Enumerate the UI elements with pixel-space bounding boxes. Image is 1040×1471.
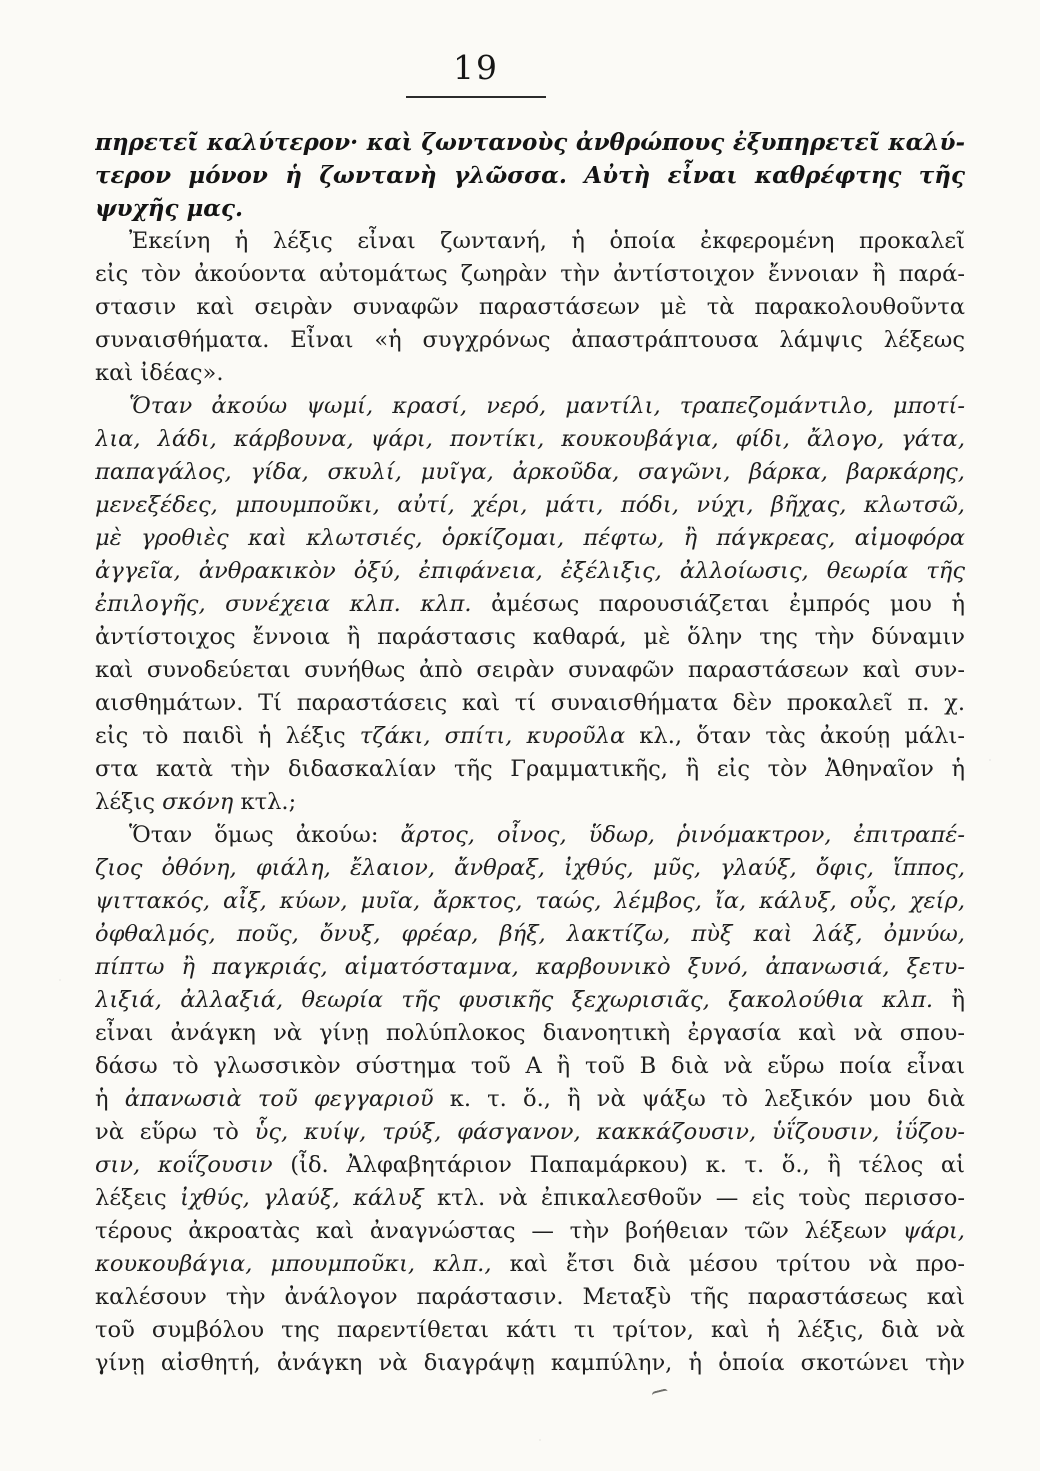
text-segment: ἀμέσως παρουσιάζεται ἐμπρός μου ἡ: [472, 591, 965, 617]
text-line: λέξις σκόνη κτλ.;: [95, 786, 965, 819]
text-line: ἐπιλογῆς, συνέχεια κλπ. κλπ. ἀμέσως παρο…: [95, 588, 965, 621]
text-segment: ἢ: [933, 987, 965, 1013]
italic-text-segment: πηρετεῖ καλύτερον· καὶ ζωντανοὺς ἀνθρώπο…: [95, 129, 965, 156]
text-segment: τέρους ἀκροατὰς καὶ ἀναγνώστας — τὴν βοή…: [95, 1218, 903, 1244]
italic-text-segment: ὗς, κυίψ, τρύξ, φάσγανον, κακκάζουσιν, ὑ…: [255, 1119, 965, 1145]
text-segment: λέξεις: [95, 1185, 180, 1211]
italic-text-segment: παπαγάλος, γίδα, σκυλί, μυῖγα, ἀρκοῦδα, …: [95, 459, 965, 485]
italic-text-segment: σκόνη: [162, 789, 233, 815]
italic-text-segment: ψάρι,: [903, 1218, 965, 1244]
text-segment: λέξις: [95, 789, 162, 815]
text-line: δάσω τὸ γλωσσικὸν σύστημα τοῦ Α ἢ τοῦ Β …: [95, 1050, 965, 1083]
text-segment: εἰς τὸ παιδὶ ἡ λέξις: [95, 723, 360, 749]
text-segment: (ἶδ. Ἀλφαβητάριον Παπαμάρκου) κ. τ. ὅ., …: [273, 1152, 965, 1178]
text-line: συναισθήματα. Εἶναι «ἡ συγχρόνως ἀπαστρά…: [95, 324, 965, 357]
text-line: στα κατὰ τὴν διδασκαλίαν τῆς Γραμματικῆς…: [95, 753, 965, 786]
page-text: πηρετεῖ καλύτερον· καὶ ζωντανοὺς ἀνθρώπο…: [95, 126, 965, 1380]
text-line: καὶ ἰδέας».: [95, 357, 965, 390]
text-segment: κτλ. νὰ ἐπικαλεσθοῦν — εἰς τοὺς περισσο-: [424, 1185, 965, 1211]
text-segment: κ. τ. ὅ., ἢ νὰ ψάξω τὸ λεξικόν μου διὰ: [434, 1086, 965, 1112]
italic-text-segment: ἰχθύς, γλαύξ, κάλυξ: [180, 1185, 424, 1211]
italic-text-segment: πίπτω ἢ παγκριάς, αἱματόσταμνα, καρβουνι…: [95, 954, 965, 980]
text-segment: καὶ ἰδέας».: [95, 360, 224, 386]
italic-text-segment: λιξιά, ἀλλαξιά, θεωρία τῆς φυσικῆς ξεχωρ…: [95, 987, 933, 1013]
text-line: τέρους ἀκροατὰς καὶ ἀναγνώστας — τὴν βοή…: [95, 1215, 965, 1248]
paragraph: Ἐκείνη ἡ λέξις εἶναι ζωντανή, ἡ ὁποία ἐκ…: [95, 225, 965, 390]
italic-text-segment: σιν, κοΐζουσιν: [95, 1152, 273, 1178]
text-line: ἀγγεῖα, ἀνθρακικὸν ὀξύ, ἐπιφάνεια, ἐξέλι…: [95, 555, 965, 588]
paragraph: πηρετεῖ καλύτερον· καὶ ζωντανοὺς ἀνθρώπο…: [95, 126, 965, 225]
text-line: στασιν καὶ σειρὰν συναφῶν παραστάσεων μὲ…: [95, 291, 965, 324]
text-line: κουκουβάγια, μπουμποῦκι, κλπ., καὶ ἔτσι …: [95, 1248, 965, 1281]
text-line: Ἐκείνη ἡ λέξις εἶναι ζωντανή, ἡ ὁποία ἐκ…: [95, 225, 965, 258]
text-line: παπαγάλος, γίδα, σκυλί, μυῖγα, ἀρκοῦδα, …: [95, 456, 965, 489]
text-segment: ἡ: [95, 1086, 125, 1112]
text-line: λιξιά, ἀλλαξιά, θεωρία τῆς φυσικῆς ξεχωρ…: [95, 984, 965, 1017]
text-segment: συναισθήματα. Εἶναι «ἡ συγχρόνως ἀπαστρά…: [95, 327, 965, 353]
text-line: σιν, κοΐζουσιν (ἶδ. Ἀλφαβητάριον Παπαμάρ…: [95, 1149, 965, 1182]
text-line: καλέσουν τὴν ἀνάλογον παράστασιν. Μεταξὺ…: [95, 1281, 965, 1314]
text-line: τερον μόνον ἡ ζωντανὴ γλῶσσα. Αὐτὴ εἶναι…: [95, 159, 965, 192]
text-line: εἰς τὸ παιδὶ ἡ λέξις τζάκι, σπίτι, κυροῦ…: [95, 720, 965, 753]
text-segment: Ἐκείνη ἡ λέξις εἶναι ζωντανή, ἡ ὁποία ἐκ…: [129, 228, 965, 254]
page-number-text: 19: [453, 48, 499, 87]
text-line: λια, λάδι, κάρβουνα, ψάρι, ποντίκι, κουκ…: [95, 423, 965, 456]
text-line: μενεξέδες, μπουμποῦκι, αὐτί, χέρι, μάτι,…: [95, 489, 965, 522]
text-line: Ὅταν ἀκούω ψωμί, κρασί, νερό, μαντίλι, τ…: [95, 390, 965, 423]
text-line: νὰ εὕρω τὸ ὗς, κυίψ, τρύξ, φάσγανον, κακ…: [95, 1116, 965, 1149]
text-line: μὲ γροθιὲς καὶ κλωτσιές, ὁρκίζομαι, πέφτ…: [95, 522, 965, 555]
italic-text-segment: ἄρτος, οἶνος, ὕδωρ, ῥινόμακτρον, ἐπιτραπ…: [401, 822, 966, 848]
text-line: λέξεις ἰχθύς, γλαύξ, κάλυξ κτλ. νὰ ἐπικα…: [95, 1182, 965, 1215]
text-segment: καὶ συνοδεύεται συνήθως ἀπὸ σειρὰν συναφ…: [95, 657, 965, 683]
text-segment: γίνῃ αἰσθητή, ἀνάγκη νὰ διαγράψῃ καμπύλη…: [95, 1350, 965, 1376]
text-line: τοῦ συμβόλου της παρεντίθεται κάτι τι τρ…: [95, 1314, 965, 1347]
text-line: πηρετεῖ καλύτερον· καὶ ζωντανοὺς ἀνθρώπο…: [95, 126, 965, 159]
text-segment: κλ., ὅταν τὰς ἀκούῃ μάλι-: [625, 723, 965, 749]
page-number: 19: [406, 50, 546, 98]
text-line: ἡ ἀπανωσιὰ τοῦ φεγγαριοῦ κ. τ. ὅ., ἢ νὰ …: [95, 1083, 965, 1116]
text-line: εἰς τὸν ἀκούοντα αὐτομάτως ζωηρὰν τὴν ἀν…: [95, 258, 965, 291]
text-segment: καλέσουν τὴν ἀνάλογον παράστασιν. Μεταξὺ…: [95, 1284, 965, 1310]
text-line: Ὅταν ὅμως ἀκούω: ἄρτος, οἶνος, ὕδωρ, ῥιν…: [95, 819, 965, 852]
italic-text-segment: μὲ γροθιὲς καὶ κλωτσιές, ὁρκίζομαι, πέφτ…: [95, 525, 965, 551]
text-segment: αισθημάτων. Τί παραστάσεις καὶ τί συναισ…: [95, 690, 965, 716]
text-segment: νὰ εὕρω τὸ: [95, 1119, 255, 1145]
book-page: 19 πηρετεῖ καλύτερον· καὶ ζωντανοὺς ἀνθρ…: [0, 0, 1040, 1471]
italic-text-segment: τζάκι, σπίτι, κυροῦλα: [360, 723, 625, 749]
italic-text-segment: ψυχῆς μας.: [95, 195, 243, 222]
text-line: πίπτω ἢ παγκριάς, αἱματόσταμνα, καρβουνι…: [95, 951, 965, 984]
text-segment: ἀντίστοιχος ἔννοια ἢ παράστασις καθαρά, …: [95, 624, 965, 650]
text-line: αισθημάτων. Τί παραστάσεις καὶ τί συναισ…: [95, 687, 965, 720]
text-line: εἶναι ἀνάγκη νὰ γίνῃ πολύπλοκος διανοητι…: [95, 1017, 965, 1050]
text-line: ὀφθαλμός, ποῦς, ὄνυξ, φρέαρ, βήξ, λακτίζ…: [95, 918, 965, 951]
text-line: καὶ συνοδεύεται συνήθως ἀπὸ σειρὰν συναφ…: [95, 654, 965, 687]
text-segment: κτλ.;: [233, 789, 296, 815]
paragraph: Ὅταν ἀκούω ψωμί, κρασί, νερό, μαντίλι, τ…: [95, 390, 965, 819]
italic-text-segment: λια, λάδι, κάρβουνα, ψάρι, ποντίκι, κουκ…: [95, 426, 965, 452]
italic-text-segment: μενεξέδες, μπουμποῦκι, αὐτί, χέρι, μάτι,…: [95, 492, 965, 518]
italic-text-segment: ὀφθαλμός, ποῦς, ὄνυξ, φρέαρ, βήξ, λακτίζ…: [95, 921, 965, 947]
italic-text-segment: ἀπανωσιὰ τοῦ φεγγαριοῦ: [125, 1086, 434, 1112]
text-line: ἀντίστοιχος ἔννοια ἢ παράστασις καθαρά, …: [95, 621, 965, 654]
italic-text-segment: κουκουβάγια, μπουμποῦκι, κλπ.,: [95, 1251, 492, 1277]
text-segment: Ὅταν ὅμως ἀκούω:: [129, 822, 401, 848]
text-segment: στασιν καὶ σειρὰν συναφῶν παραστάσεων μὲ…: [95, 294, 965, 320]
paragraph: Ὅταν ὅμως ἀκούω: ἄρτος, οἶνος, ὕδωρ, ῥιν…: [95, 819, 965, 1380]
text-segment: στα κατὰ τὴν διδασκαλίαν τῆς Γραμματικῆς…: [95, 756, 965, 782]
text-segment: εἶναι ἀνάγκη νὰ γίνῃ πολύπλοκος διανοητι…: [95, 1020, 965, 1046]
text-segment: εἰς τὸν ἀκούοντα αὐτομάτως ζωηρὰν τὴν ἀν…: [95, 261, 965, 287]
text-line: ψιττακός, αἶξ, κύων, μυῖα, ἄρκτος, ταώς,…: [95, 885, 965, 918]
italic-text-segment: τερον μόνον ἡ ζωντανὴ γλῶσσα. Αὐτὴ εἶναι…: [95, 162, 965, 189]
text-segment: καὶ ἔτσι διὰ μέσου τρίτου νὰ προ-: [492, 1251, 965, 1277]
italic-text-segment: ἐπιλογῆς, συνέχεια κλπ. κλπ.: [95, 591, 472, 617]
italic-text-segment: ἀγγεῖα, ἀνθρακικὸν ὀξύ, ἐπιφάνεια, ἐξέλι…: [95, 558, 965, 584]
text-segment: τοῦ συμβόλου της παρεντίθεται κάτι τι τρ…: [95, 1317, 965, 1343]
italic-text-segment: ψιττακός, αἶξ, κύων, μυῖα, ἄρκτος, ταώς,…: [95, 888, 965, 914]
text-line: ψυχῆς μας.: [95, 192, 965, 225]
text-segment: δάσω τὸ γλωσσικὸν σύστημα τοῦ Α ἢ τοῦ Β …: [95, 1053, 965, 1079]
italic-text-segment: Ὅταν ἀκούω ψωμί, κρασί, νερό, μαντίλι, τ…: [129, 393, 965, 419]
text-line: ζιος ὀθόνη, φιάλη, ἔλαιον, ἄνθραξ, ἰχθύς…: [95, 852, 965, 885]
italic-text-segment: ζιος ὀθόνη, φιάλη, ἔλαιον, ἄνθραξ, ἰχθύς…: [95, 855, 965, 881]
text-line: γίνῃ αἰσθητή, ἀνάγκη νὰ διαγράψῃ καμπύλη…: [95, 1347, 965, 1380]
